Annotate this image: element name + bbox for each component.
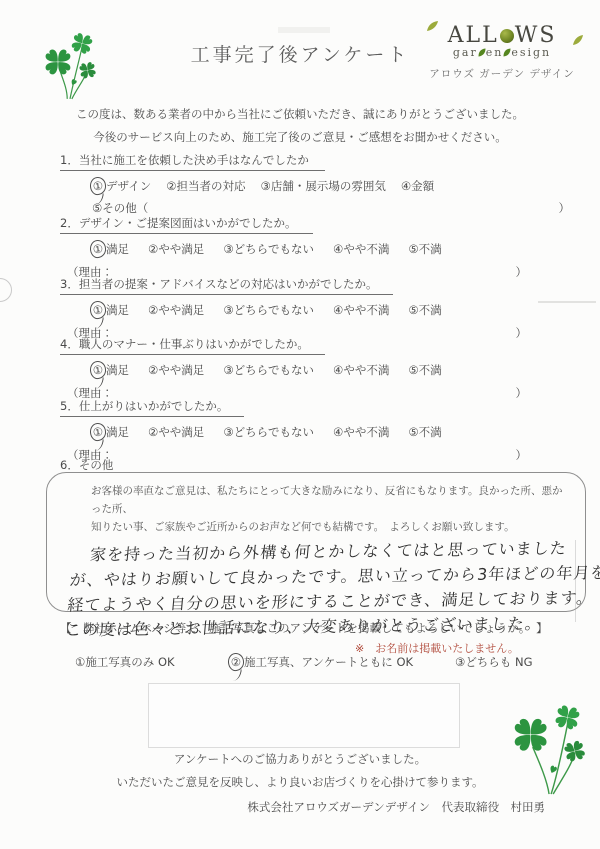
question-2-options: ①満足 ②やや満足 ③どちらでもない ④やや不満 ⑤不満 [60, 241, 582, 257]
option-satisfied: ①満足 [92, 302, 129, 318]
handwritten-circle-mark: ① [89, 422, 107, 442]
option-somewhat-dissatisfied: ④やや不満 [333, 302, 389, 318]
scan-artifact-smudge-top [278, 27, 330, 33]
option-neutral: ③どちらでもない [223, 241, 314, 257]
question-3-options: ①満足 ②やや満足 ③どちらでもない ④やや不満 ⑤不満 [60, 302, 582, 318]
sprig-leaf-icon [572, 34, 584, 46]
handwritten-circle-mark: ① [89, 360, 107, 380]
handwritten-circle-mark: ① [89, 176, 107, 196]
company-signature: 株式会社アロウズガーデンデザイン 代表取締役 村田勇 [247, 799, 545, 815]
option-somewhat-satisfied: ②やや満足 [148, 424, 204, 440]
logo-subtitle: garenesign [418, 46, 586, 59]
intro-text: この度は、数ある業者の中から当社にご依頼いただき、誠にありがとうございました。 … [0, 103, 600, 149]
scan-artifact-ink-bleed [0, 278, 12, 302]
feedback-box-note: お客様の率直なご意見は、私たちにとって大きな励みになり、反省にもなります。良かっ… [47, 473, 585, 536]
question-4: 4．職人のマナー・仕事ぶりはいかがでしたか。 ①満足 ②やや満足 ③どちらでもな… [60, 336, 582, 401]
option-photos-and-survey-ok: ②施工写真、アンケートともに OK [230, 654, 413, 670]
option-photos-only-ok: ①施工写真のみ OK [75, 654, 175, 670]
option-neutral: ③どちらでもない [223, 424, 314, 440]
publish-options: ①施工写真のみ OK ②施工写真、アンケートともに OK ③どちらも NG [60, 654, 582, 672]
question-1-title: 1．当社に施工を依頼した決め手はなんでしたか [60, 152, 325, 171]
feedback-box: お客様の率直なご意見は、私たちにとって大きな励みになり、反省にもなります。良かっ… [46, 472, 586, 612]
option-both-ng: ③どちらも NG [455, 654, 532, 670]
feedback-note-line-2: 知りたい事、ご家族やご近所からのお声など何でも結構です。 よろしくお願い致します… [91, 518, 565, 536]
question-3: 3．担当者の提案・アドバイスなどの対応はいかがでしたか。 ①満足 ②やや満足 ③… [60, 276, 582, 341]
option-somewhat-satisfied: ②やや満足 [148, 362, 204, 378]
question-5-options: ①満足 ②やや満足 ③どちらでもない ④やや不満 ⑤不満 [60, 424, 582, 440]
publish-question-title: 【 弊社ホームページ等で、施工写真とこのアンケートを掲載してもよろしいでしょうか… [60, 620, 548, 636]
question-4-options: ①満足 ②やや満足 ③どちらでもない ④やや不満 ⑤不満 [60, 362, 582, 378]
question-3-title: 3．担当者の提案・アドバイスなどの対応はいかがでしたか。 [60, 276, 393, 295]
question-1-options: ①デザイン ②担当者の対応 ③店舗・展示場の雰囲気 ④金額 [60, 178, 582, 194]
option-somewhat-dissatisfied: ④やや不満 [333, 362, 389, 378]
question-4-title: 4．職人のマナー・仕事ぶりはいかがでしたか。 [60, 336, 325, 355]
option-somewhat-dissatisfied: ④やや不満 [333, 424, 389, 440]
option-somewhat-satisfied: ②やや満足 [148, 241, 204, 257]
option-design: ①デザイン [92, 178, 151, 194]
option-somewhat-satisfied: ②やや満足 [148, 302, 204, 318]
allows-logo: ALLWS garenesign アロウズ ガーデン デザイン [418, 24, 586, 81]
option-satisfied: ①満足 [92, 241, 129, 257]
question-1: 1．当社に施工を依頼した決め手はなんでしたか ①デザイン ②担当者の対応 ③店舗… [60, 152, 582, 216]
question-5-title: 5．仕上がりはいかがでしたか。 [60, 398, 244, 417]
handwritten-circle-mark: ① [89, 300, 107, 320]
intro-line-2: 今後のサービス向上のため、施工完了後のご意見・ご感想をお聞かせください。 [0, 126, 600, 149]
clover-illustration-bottom-right [500, 693, 592, 797]
question-2-title: 2．デザイン・ご提案図面はいかがでしたか。 [60, 215, 313, 234]
option-staff-response: ②担当者の対応 [166, 178, 245, 194]
option-dissatisfied: ⑤不満 [408, 241, 441, 257]
sprig-leaf-icon [426, 20, 440, 32]
option-price: ④金額 [401, 178, 434, 194]
option-showroom: ③店舗・展示場の雰囲気 [261, 178, 386, 194]
option-other: ⑤その他（ ） [60, 200, 582, 216]
option-dissatisfied: ⑤不満 [408, 362, 441, 378]
logo-katakana: アロウズ ガーデン デザイン [418, 66, 586, 81]
question-5: 5．仕上がりはいかがでしたか。 ①満足 ②やや満足 ③どちらでもない ④やや不満… [60, 398, 582, 463]
option-neutral: ③どちらでもない [223, 302, 314, 318]
option-somewhat-dissatisfied: ④やや不満 [333, 241, 389, 257]
question-2: 2．デザイン・ご提案図面はいかがでしたか。 ①満足 ②やや満足 ③どちらでもない… [60, 215, 582, 280]
blank-response-box [148, 683, 460, 748]
logo-wordmark: ALLWS [418, 24, 586, 48]
feedback-note-line-1: お客様の率直なご意見は、私たちにとって大きな励みになり、反省にもなります。良かっ… [91, 482, 565, 518]
option-neutral: ③どちらでもない [223, 362, 314, 378]
leaf-icon [478, 48, 486, 57]
handwritten-circle-mark: ② [227, 652, 245, 672]
option-dissatisfied: ⑤不満 [408, 424, 441, 440]
handwritten-circle-mark: ① [89, 239, 107, 259]
logo-o-ball-icon [500, 29, 514, 43]
option-dissatisfied: ⑤不満 [408, 302, 441, 318]
option-satisfied: ①満足 [92, 362, 129, 378]
option-satisfied: ①満足 [92, 424, 129, 440]
intro-line-1: この度は、数ある業者の中から当社にご依頼いただき、誠にありがとうございました。 [0, 103, 600, 126]
scanned-survey-sheet: 工事完了後アンケート ALLWS garenesign アロウズ ガーデン デザ… [0, 0, 600, 849]
